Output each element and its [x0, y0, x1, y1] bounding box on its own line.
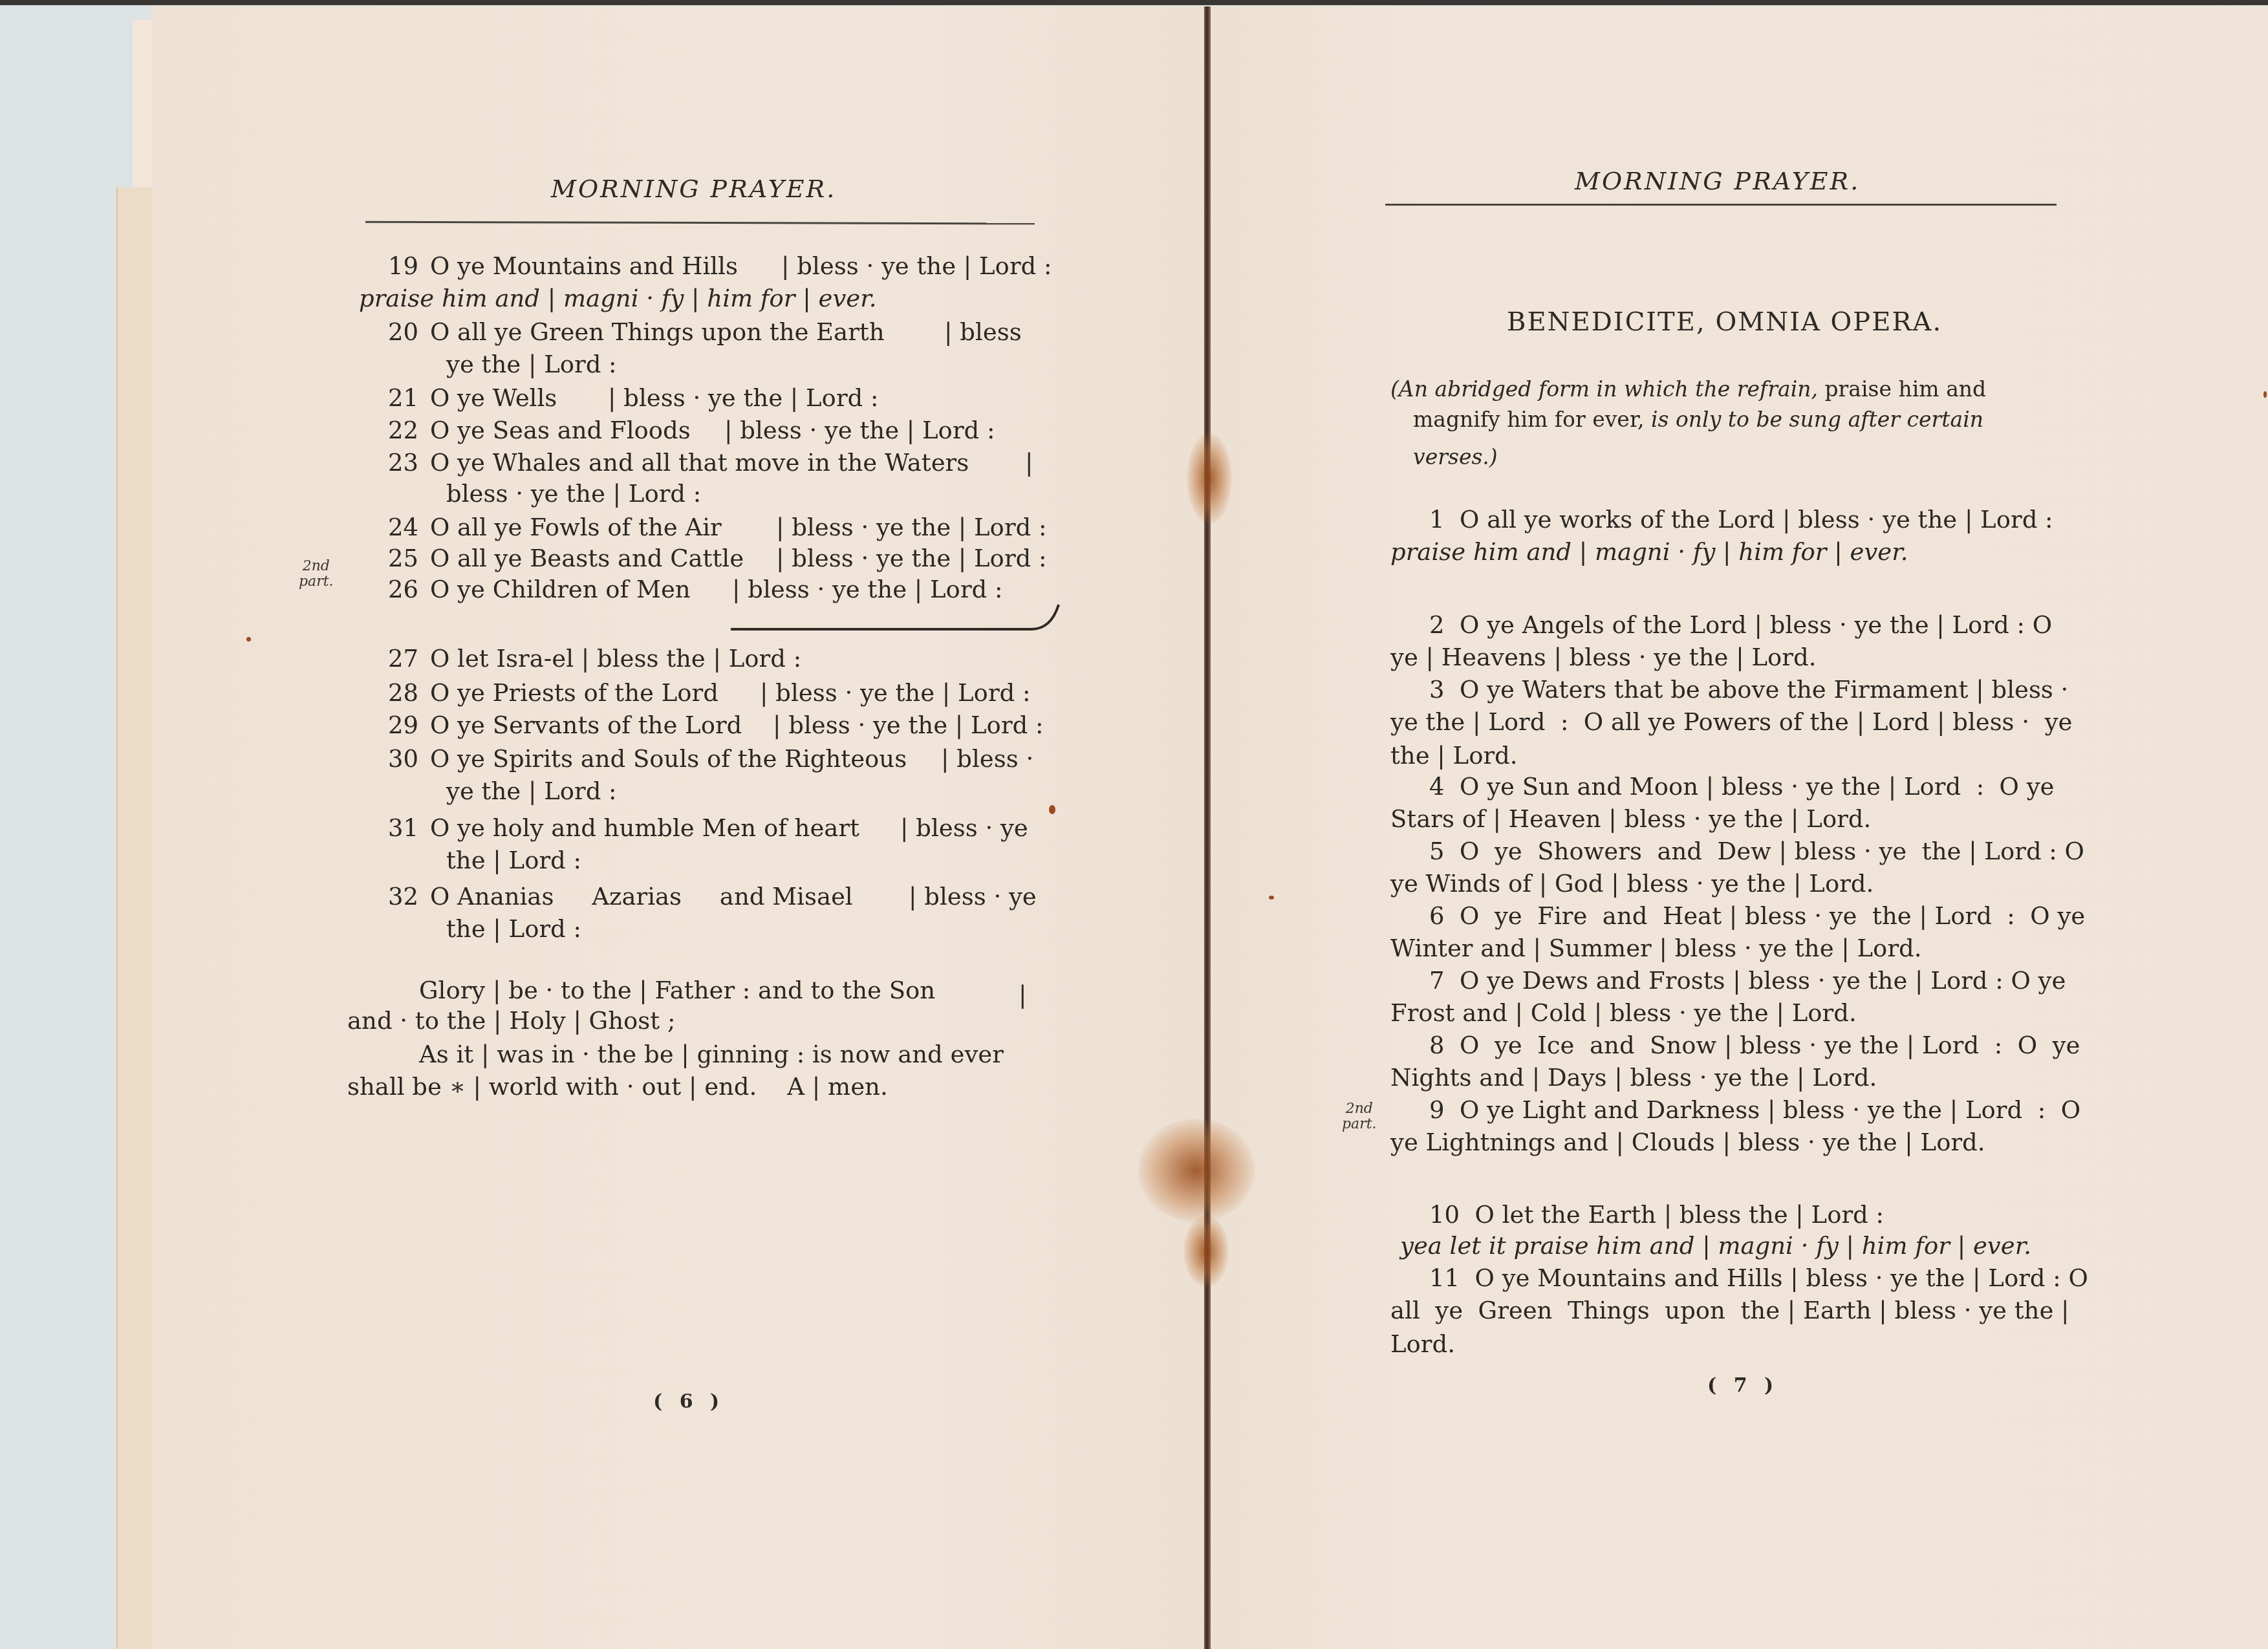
- verse-number: 32: [388, 885, 418, 909]
- left-page-edge: [116, 188, 157, 1649]
- pointing: | bless · ye the | Lord :: [760, 681, 1031, 705]
- right-header-rule: [1385, 204, 2057, 206]
- verse-line: all ye Green Things upon the | Earth | b…: [1390, 1299, 2069, 1322]
- verse-line: Stars of | Heaven | bless · ye the | Lor…: [1390, 807, 1871, 831]
- verse-line: 3 O ye Waters that be above the Firmamen…: [1429, 678, 2068, 702]
- verse-number: 28: [388, 681, 418, 705]
- verse-text: ye the | Lord :: [446, 352, 617, 376]
- verse-text: O ye Mountains and Hills: [430, 254, 738, 278]
- ink-spot: [1049, 805, 1055, 814]
- verse-line: 4 O ye Sun and Moon | bless · ye the | L…: [1429, 775, 2055, 799]
- verse-number: 25: [388, 546, 418, 570]
- rubric-roman: praise him and: [1818, 376, 1986, 402]
- burn-mark-upper: [1187, 433, 1232, 524]
- verse-line: 7 O ye Dews and Frosts | bless · ye the …: [1429, 969, 2066, 993]
- verse-text: O all ye Fowls of the Air: [430, 515, 722, 539]
- rubric-line: (An abridged form in which the refrain, …: [1390, 378, 1986, 400]
- verse-text: ye the | Lord :: [446, 779, 617, 803]
- gloria-bar: |: [1019, 983, 1026, 1007]
- pointing: | bless · ye the | Lord :: [776, 515, 1047, 539]
- pointing: | bless ·: [941, 747, 1033, 771]
- verse-number: 30: [388, 747, 418, 771]
- verse-text: O let Isra-el | bless the | Lord :: [430, 647, 801, 671]
- verse-number: 27: [388, 647, 418, 671]
- ink-spot: [2263, 391, 2267, 398]
- refrain-line: yea let it praise him and | magni · fy |…: [1400, 1234, 2031, 1258]
- pointing: | bless · ye the | Lord :: [724, 418, 995, 442]
- gloria-line: As it | was in · the be | ginning : is n…: [419, 1042, 1004, 1066]
- bracket-line: [728, 601, 1064, 634]
- verse-number: 24: [388, 515, 418, 539]
- verse-line: 1 O all ye works of the Lord | bless · y…: [1429, 508, 2053, 532]
- pointing: | bless · ye the | Lord :: [773, 713, 1044, 737]
- verse-line: 11 O ye Mountains and Hills | bless · ye…: [1429, 1266, 2088, 1290]
- rubric-italic: is only to be sung after certain: [1645, 407, 1984, 432]
- verse-text: O ye holy and humble Men of heart: [430, 816, 859, 840]
- gloria-line: Glory | be · to the | Father : and to th…: [419, 978, 935, 1002]
- verse-line: ye the | Lord : O all ye Powers of the |…: [1390, 710, 2072, 734]
- verse-text: the | Lord :: [446, 848, 581, 872]
- gloria-line: and · to the | Holy | Ghost ;: [347, 1009, 675, 1033]
- canticle-title: BENEDICITE, OMNIA OPERA.: [1507, 307, 1942, 337]
- pointing: | bless: [944, 320, 1022, 344]
- verse-text: O Ananias Azarias and Misael: [430, 885, 853, 909]
- pointing: |: [1025, 451, 1033, 475]
- left-page-number: ( 6 ): [653, 1390, 724, 1413]
- rubric-line: verses.): [1413, 446, 1498, 468]
- verse-line: Lord.: [1390, 1332, 1455, 1356]
- verse-number: 23: [388, 451, 418, 475]
- verse-line: ye Lightnings and | Clouds | bless · ye …: [1390, 1130, 1985, 1154]
- left-margin-note-2nd-part: 2nd part.: [299, 559, 334, 590]
- verse-text: bless · ye the | Lord :: [446, 482, 701, 506]
- pointing: | bless · ye the | Lord :: [732, 577, 1003, 601]
- scan-top-edge: [0, 0, 2268, 5]
- refrain-line: praise him and | magni · fy | him for | …: [1390, 540, 1908, 564]
- right-running-head: MORNING PRAYER.: [1575, 167, 1860, 195]
- verse-text: O ye Whales and all that move in the Wat…: [430, 451, 969, 475]
- verse-text: O ye Seas and Floods: [430, 418, 691, 442]
- book-spine: [1204, 6, 1211, 1649]
- refrain-line: praise him and | magni · fy | him for | …: [359, 286, 877, 310]
- verse-line: 9 O ye Light and Darkness | bless · ye t…: [1429, 1098, 2080, 1122]
- verse-number: 20: [388, 320, 418, 344]
- verse-line: the | Lord.: [1390, 744, 1518, 768]
- verse-line: Nights and | Days | bless · ye the | Lor…: [1390, 1066, 1877, 1090]
- verse-text: O ye Servants of the Lord: [430, 713, 742, 737]
- pointing: | bless · ye the | Lord :: [608, 386, 879, 410]
- verse-text: O ye Spirits and Souls of the Righteous: [430, 747, 907, 771]
- verse-line: Frost and | Cold | bless · ye the | Lord…: [1390, 1001, 1857, 1025]
- verse-number: 26: [388, 577, 418, 601]
- verse-line: 10 O let the Earth | bless the | Lord :: [1429, 1203, 1884, 1227]
- verse-line: 6 O ye Fire and Heat | bless · ye the | …: [1429, 904, 2085, 928]
- rubric-italic: verses.): [1413, 444, 1498, 469]
- right-page-number: ( 7 ): [1707, 1374, 1778, 1397]
- verse-text: O ye Priests of the Lord: [430, 681, 718, 705]
- verse-line: ye Winds of | God | bless · ye the | Lor…: [1390, 872, 1874, 896]
- verse-text: O ye Children of Men: [430, 577, 691, 601]
- verse-number: 21: [388, 386, 418, 410]
- verse-number: 31: [388, 816, 418, 840]
- right-margin-note-2nd-part: 2nd part.: [1342, 1101, 1377, 1132]
- verse-line: 8 O ye Ice and Snow | bless · ye the | L…: [1429, 1033, 2080, 1057]
- verse-line: ye | Heavens | bless · ye the | Lord.: [1390, 645, 1816, 669]
- burn-mark-bottom: [1183, 1216, 1229, 1287]
- pointing: | bless · ye the | Lord :: [781, 254, 1052, 278]
- ink-spot: [246, 637, 251, 641]
- verse-line: Winter and | Summer | bless · ye the | L…: [1390, 936, 1922, 960]
- ink-spot: [1269, 896, 1274, 900]
- pointing: | bless · ye the | Lord :: [776, 546, 1047, 570]
- left-running-head: MORNING PRAYER.: [551, 175, 836, 203]
- verse-number: 22: [388, 418, 418, 442]
- burn-mark-lower: [1138, 1119, 1255, 1222]
- verse-text: O all ye Green Things upon the Earth: [430, 320, 885, 344]
- verse-line: 5 O ye Showers and Dew | bless · ye the …: [1429, 839, 2084, 863]
- verse-text: O ye Wells: [430, 386, 557, 410]
- verse-line: 2 O ye Angels of the Lord | bless · ye t…: [1429, 613, 2052, 637]
- gloria-line: shall be ∗ | world with · out | end. A |…: [347, 1075, 888, 1099]
- pointing: | bless · ye: [909, 885, 1037, 909]
- verse-number: 19: [388, 254, 418, 278]
- rubric-line: magnify him for ever, is only to be sung…: [1413, 409, 1983, 430]
- rubric-roman: magnify him for ever,: [1413, 407, 1645, 432]
- pointing: | bless · ye: [900, 816, 1028, 840]
- verse-text: the | Lord :: [446, 917, 581, 941]
- rubric-italic: (An abridged form in which the refrain,: [1390, 376, 1818, 402]
- verse-text: O all ye Beasts and Cattle: [430, 546, 744, 570]
- verse-number: 29: [388, 713, 418, 737]
